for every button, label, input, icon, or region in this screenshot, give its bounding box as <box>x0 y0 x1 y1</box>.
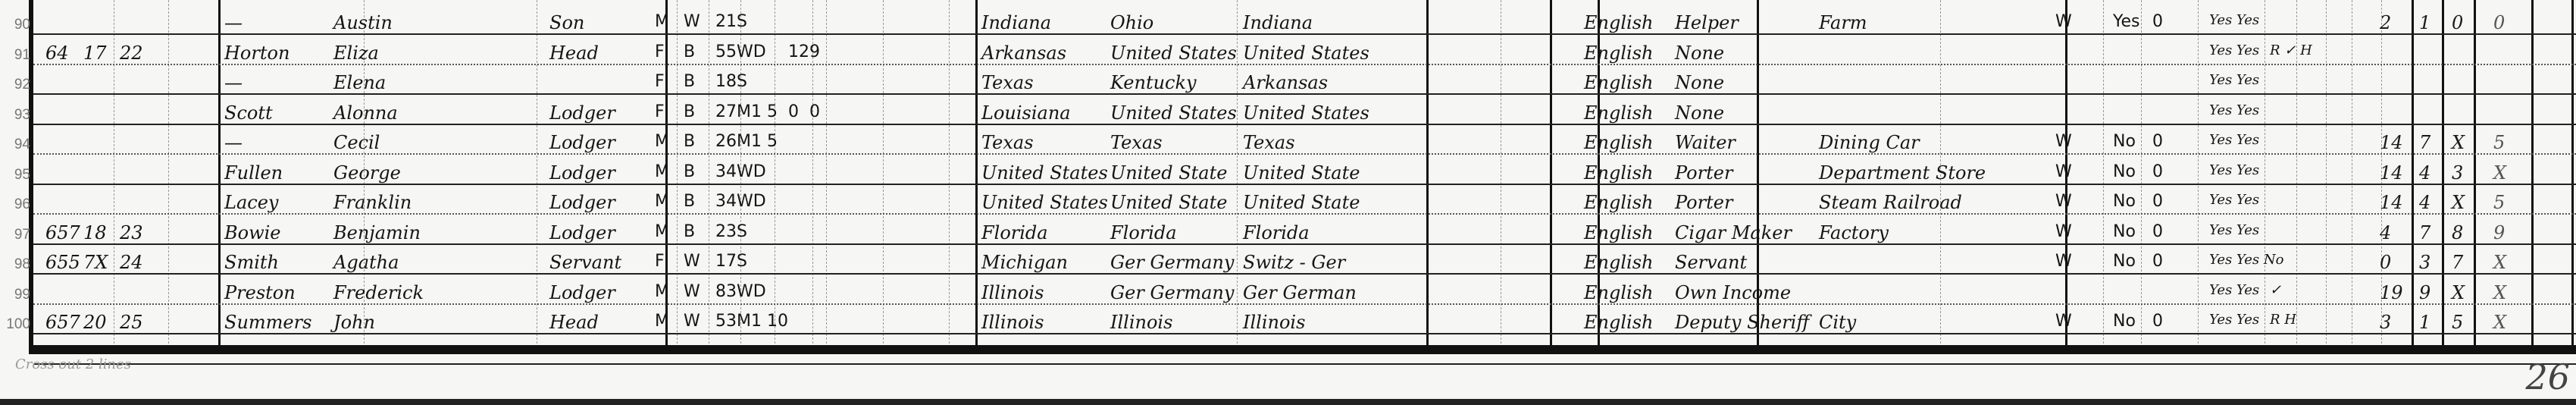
cell-relation: Lodger <box>549 104 615 122</box>
cell-birthplace: United States <box>981 164 1108 182</box>
cell-code-1: 4 <box>2419 193 2430 212</box>
cell-relation: Lodger <box>549 284 615 302</box>
column-divider <box>218 0 221 347</box>
column-divider <box>2141 0 2142 347</box>
cell-birthplace: Florida <box>981 224 1048 242</box>
column-divider <box>826 0 827 347</box>
cell-code-0: 14 <box>2380 164 2403 182</box>
cell-mother-birthplace: United States <box>1243 44 1369 62</box>
cell-industry: Steam Railroad <box>1819 193 1962 212</box>
cell-ss: No <box>2113 253 2136 270</box>
cell-occupation: Waiter <box>1675 133 1736 152</box>
cell-marital: WD <box>737 284 766 300</box>
cell-race: B <box>684 193 695 210</box>
cell-school: 0 <box>2152 224 2163 240</box>
cell-race: B <box>684 224 695 240</box>
cell-literacy: Yes Yes <box>2209 284 2259 297</box>
cell-visitation: 23 <box>120 224 143 242</box>
cell-sex: M <box>655 14 669 30</box>
cell-code-2: X <box>2452 284 2465 302</box>
cell-age: 83 <box>715 284 737 300</box>
column-divider <box>949 0 950 347</box>
cell-age: 18 <box>715 74 737 90</box>
cell-given-name: Cecil <box>333 133 380 152</box>
column-divider <box>2571 0 2574 347</box>
cell-age: 34 <box>715 193 737 210</box>
cell-code-3: X <box>2493 313 2506 331</box>
cell-code-3: X <box>2493 253 2506 272</box>
cell-school: 0 <box>2152 313 2163 330</box>
cell-school: 0 <box>2152 164 2163 181</box>
cell-code-3: 9 <box>2493 224 2505 242</box>
cell-code-0: 19 <box>2380 284 2403 302</box>
cell-mother-birthplace: Illinois <box>1243 313 1305 331</box>
cell-race: B <box>684 104 695 121</box>
cell-surname: Bowie <box>224 224 281 242</box>
cell-ss: No <box>2113 164 2136 181</box>
cell-language: English <box>1584 253 1653 272</box>
cell-literacy: Yes Yes <box>2209 164 2259 177</box>
cell-code-3: X <box>2493 164 2506 182</box>
line-number: 95 <box>0 167 30 184</box>
cell-relation: Head <box>549 313 599 331</box>
cell-code-0: 2 <box>2380 14 2391 32</box>
cell-family: 20 <box>83 313 107 331</box>
cell-sex: F <box>655 74 665 90</box>
cell-race: W <box>684 14 700 30</box>
cell-age: 34 <box>715 164 737 181</box>
cell-language: English <box>1584 224 1653 242</box>
cell-age: 26 <box>715 133 737 150</box>
cell-age-first-marriage: 12 <box>788 44 809 61</box>
cell-mother-birthplace: Ger German <box>1243 284 1357 302</box>
cell-father-birthplace: United State <box>1110 193 1227 212</box>
cell-code-0: 0 <box>2380 253 2391 272</box>
cell-mother-birthplace: Arkansas <box>1243 74 1328 92</box>
cell-occupation: None <box>1675 104 1724 122</box>
cell-mother-birthplace: Switz - Ger <box>1243 253 1345 272</box>
cell-father-birthplace: Kentucky <box>1110 74 1197 92</box>
cell-relation: Son <box>549 14 584 32</box>
cell-birthplace: Texas <box>981 133 1034 152</box>
cell-school: 0 <box>2152 133 2163 150</box>
cell-sex: M <box>655 224 669 240</box>
cell-mother-birthplace: Florida <box>1243 224 1310 242</box>
cell-code-1: 1 <box>2419 313 2430 331</box>
cell-birthplace: Illinois <box>981 313 1044 331</box>
cell-age: 27 <box>715 104 737 121</box>
cell-given-name: Frederick <box>333 284 424 302</box>
cell-father-birthplace: Ger Germany <box>1110 253 1234 272</box>
cell-marital: S <box>737 253 747 270</box>
cell-school: 0 <box>2152 193 2163 210</box>
cell-visitation: 24 <box>120 253 143 272</box>
cell-literacy: Yes Yes <box>2209 14 2259 27</box>
column-divider <box>677 0 678 347</box>
cell-age: 21 <box>715 14 737 30</box>
column-divider <box>975 0 978 347</box>
cell-farm: R H <box>2270 313 2296 327</box>
cell-literacy: Yes Yes <box>2209 224 2259 237</box>
cell-code-1: 9 <box>2419 284 2430 302</box>
cell-visitation: 22 <box>120 44 143 62</box>
line-number: 99 <box>0 287 30 303</box>
cell-father-birthplace: Illinois <box>1110 313 1172 331</box>
cell-dwelling: 64 <box>45 44 69 62</box>
cell-code-3: 5 <box>2493 193 2505 212</box>
bottom-rule <box>29 345 2576 354</box>
column-divider <box>2265 0 2265 347</box>
cell-sex: M <box>655 313 669 330</box>
cell-dwelling: 657 <box>45 224 80 242</box>
cell-occupation: Servant <box>1675 253 1747 272</box>
cell-sex: F <box>655 253 665 270</box>
cell-birthplace: Michigan <box>981 253 1068 272</box>
cell-family: 17 <box>83 44 107 62</box>
cell-marital: S <box>737 224 747 240</box>
row-divider <box>33 124 2576 125</box>
cell-class: W <box>2055 193 2072 210</box>
cell-code-2: 5 <box>2452 313 2463 331</box>
cell-ss: Yes <box>2113 14 2140 30</box>
cell-father-birthplace: United States <box>1110 104 1237 122</box>
margin-note: Cross out 2 lines <box>15 356 131 372</box>
cell-dwelling: 655 <box>45 253 80 272</box>
column-divider <box>709 0 709 347</box>
cell-surname: — <box>224 133 243 152</box>
cell-code-1: 7 <box>2419 133 2430 152</box>
row-divider <box>33 273 2576 275</box>
cell-relation: Lodger <box>549 224 615 242</box>
cell-surname: Smith <box>224 253 279 272</box>
cell-age-first-marriage: 0 <box>788 104 799 121</box>
cell-marital: S <box>737 74 747 90</box>
line-number: 98 <box>0 256 30 273</box>
cell-age: 17 <box>715 253 737 270</box>
cell-code-2: 8 <box>2452 224 2463 242</box>
cell-mother-birthplace: United States <box>1243 104 1369 122</box>
cell-code-2: 7 <box>2452 253 2463 272</box>
cell-code-1: 4 <box>2419 164 2430 182</box>
cell-marital: S <box>737 14 747 30</box>
cell-birthplace: Texas <box>981 74 1034 92</box>
row-divider <box>33 363 2576 365</box>
cell-occupation: Porter <box>1675 193 1732 212</box>
row-divider <box>33 303 2576 305</box>
cell-given-name: George <box>333 164 401 182</box>
column-divider <box>883 0 884 347</box>
cell-occupation: Cigar Maker <box>1675 224 1792 242</box>
cell-marital: WD <box>737 44 766 61</box>
cell-code-1: 3 <box>2419 253 2430 272</box>
cell-code-0: 3 <box>2380 313 2391 331</box>
cell-code-2: 3 <box>2452 164 2463 182</box>
cell-mother-birthplace: United State <box>1243 164 1360 182</box>
cell-literacy: Yes Yes <box>2209 44 2259 58</box>
cell-literacy: Yes Yes <box>2209 313 2259 327</box>
cell-occupation: None <box>1675 44 1724 62</box>
cell-code-3: X <box>2493 284 2506 302</box>
row-divider <box>33 184 2576 185</box>
cell-language: English <box>1584 44 1653 62</box>
cell-father-birthplace: Ohio <box>1110 14 1153 32</box>
column-divider <box>2531 0 2534 347</box>
row-divider <box>33 64 2576 65</box>
cell-surname: — <box>224 74 243 92</box>
cell-relation: Lodger <box>549 133 615 152</box>
cell-sex: F <box>655 104 665 121</box>
cell-father-birthplace: Florida <box>1110 224 1177 242</box>
cell-birthplace: Indiana <box>981 14 1051 32</box>
cell-class: W <box>2055 313 2072 330</box>
cell-birthplace: Louisiana <box>981 104 1071 122</box>
column-divider <box>2352 0 2352 347</box>
cell-father-birthplace: United State <box>1110 164 1227 182</box>
row-divider <box>33 333 2576 334</box>
cell-occupation: None <box>1675 74 1724 92</box>
cell-given-name: Alonna <box>333 104 398 122</box>
cell-marital: WD <box>737 193 766 210</box>
cell-family: 7X <box>83 253 108 272</box>
cell-marital: WD <box>737 164 766 181</box>
line-number: 92 <box>0 77 30 93</box>
cell-code-1: 1 <box>2419 14 2430 32</box>
cell-age: 23 <box>715 224 737 240</box>
cell-industry: Farm <box>1819 14 1867 32</box>
column-divider <box>537 0 537 347</box>
cell-code-2: X <box>2452 133 2465 152</box>
cell-given-name: Austin <box>333 14 393 32</box>
cell-father-birthplace: United States <box>1110 44 1237 62</box>
cell-code-2: X <box>2452 193 2465 212</box>
cell-age: 53 <box>715 313 737 330</box>
cell-race: B <box>684 164 695 181</box>
cell-ss: No <box>2113 224 2136 240</box>
cell-father-birthplace: Texas <box>1110 133 1163 152</box>
cell-relation: Servant <box>549 253 621 272</box>
cell-code-2: 0 <box>2452 14 2463 32</box>
cell-code-1: 7 <box>2419 224 2430 242</box>
row-divider <box>33 213 2576 215</box>
cell-race: B <box>684 74 695 90</box>
row-divider <box>33 93 2576 95</box>
cell-birthplace: United States <box>981 193 1108 212</box>
cell-literacy: Yes Yes No <box>2209 253 2283 267</box>
line-number: 91 <box>0 47 30 64</box>
column-divider <box>2103 0 2104 347</box>
cell-industry: Dining Car <box>1819 133 1920 152</box>
cell-literacy: Yes Yes <box>2209 74 2259 87</box>
cell-literacy: Yes Yes <box>2209 193 2259 207</box>
cell-relation: Lodger <box>549 164 615 182</box>
cell-surname: Preston <box>224 284 296 302</box>
column-divider <box>114 0 114 347</box>
cell-code-0: 4 <box>2380 224 2391 242</box>
cell-given-name: Elena <box>333 74 386 92</box>
cell-school: 0 <box>2152 253 2163 270</box>
cell-family: 18 <box>83 224 107 242</box>
cell-class: W <box>2055 14 2072 30</box>
cell-sex: M <box>655 164 669 181</box>
cell-race: W <box>684 313 700 330</box>
cell-given-name: Eliza <box>333 44 379 62</box>
row-divider <box>33 153 2576 155</box>
cell-language: English <box>1584 104 1653 122</box>
sheet-number: 26 <box>2525 356 2570 397</box>
cell-code-0: 14 <box>2380 133 2403 152</box>
cell-mother-birthplace: United State <box>1243 193 1360 212</box>
column-divider <box>1501 0 1501 347</box>
cell-industry: City <box>1819 313 1856 331</box>
cell-given-name: Franklin <box>333 193 412 212</box>
cell-age: 55 <box>715 44 737 61</box>
cell-given-name: Benjamin <box>333 224 421 242</box>
cell-code-0: 14 <box>2380 193 2403 212</box>
cell-class: W <box>2055 253 2072 270</box>
row-divider <box>33 243 2576 245</box>
cell-language: English <box>1584 284 1653 302</box>
cell-occupation: Own Income <box>1675 284 1791 302</box>
cell-occupation: Porter <box>1675 164 1732 182</box>
line-number: 93 <box>0 107 30 124</box>
cell-sex: M <box>655 193 669 210</box>
cell-literacy: Yes Yes <box>2209 133 2259 147</box>
line-number: 100 <box>0 316 30 333</box>
cell-relation: Head <box>549 44 599 62</box>
cell-school: 0 <box>2152 14 2163 30</box>
cell-surname: Summers <box>224 313 311 331</box>
cell-birthplace: Arkansas <box>981 44 1066 62</box>
column-divider <box>1237 0 1238 347</box>
cell-class: W <box>2055 164 2072 181</box>
cell-children: 9 <box>809 44 820 61</box>
cell-language: English <box>1584 74 1653 92</box>
cell-surname: Lacey <box>224 193 278 212</box>
cell-mother-birthplace: Indiana <box>1243 14 1313 32</box>
line-number: 96 <box>0 196 30 213</box>
cell-farm: R ✓ H <box>2270 44 2312 58</box>
cell-language: English <box>1584 133 1653 152</box>
cell-sex: F <box>655 44 665 61</box>
cell-class: W <box>2055 133 2072 150</box>
column-divider <box>168 0 169 347</box>
cell-dwelling: 657 <box>45 313 80 331</box>
cell-surname: — <box>224 14 243 32</box>
cell-surname: Fullen <box>224 164 283 182</box>
cell-farm: ✓ <box>2270 284 2281 297</box>
row-divider <box>33 33 2576 35</box>
cell-children: 0 <box>809 104 820 121</box>
line-number: 90 <box>0 17 30 33</box>
cell-occupation: Helper <box>1675 14 1739 32</box>
cell-industry: Department Store <box>1819 164 1986 182</box>
cell-race: B <box>684 133 695 150</box>
cell-literacy: Yes Yes <box>2209 104 2259 118</box>
cell-birthplace: Illinois <box>981 284 1044 302</box>
cell-race: B <box>684 44 695 61</box>
cell-race: W <box>684 253 700 270</box>
cell-given-name: John <box>333 313 375 331</box>
line-number: 97 <box>0 227 30 243</box>
page-edge <box>0 399 2576 405</box>
column-divider <box>1426 0 1429 347</box>
cell-given-name: Agatha <box>333 253 399 272</box>
cell-language: English <box>1584 164 1653 182</box>
cell-ss: No <box>2113 193 2136 210</box>
cell-surname: Scott <box>224 104 273 122</box>
cell-industry: Factory <box>1819 224 1889 242</box>
cell-ss: No <box>2113 133 2136 150</box>
cell-surname: Horton <box>224 44 290 62</box>
cell-father-birthplace: Ger Germany <box>1110 284 1234 302</box>
cell-class: W <box>2055 224 2072 240</box>
cell-visitation: 25 <box>120 313 143 331</box>
cell-language: English <box>1584 14 1653 32</box>
cell-race: W <box>684 284 700 300</box>
column-divider <box>2474 0 2476 347</box>
column-divider <box>1550 0 1552 347</box>
column-divider <box>2198 0 2199 347</box>
line-number: 94 <box>0 137 30 153</box>
census-sheet: 90—AustinSonMW21SIndianaOhioIndianaEngli… <box>0 0 2576 405</box>
cell-mother-birthplace: Texas <box>1243 133 1295 152</box>
column-divider <box>2326 0 2327 347</box>
column-divider <box>2442 0 2444 347</box>
cell-relation: Lodger <box>549 193 615 212</box>
cell-sex: M <box>655 133 669 150</box>
cell-occupation: Deputy Sheriff <box>1675 313 1809 331</box>
cell-marital: M1 5 <box>737 133 778 150</box>
cell-sex: M <box>655 284 669 300</box>
cell-ss: No <box>2113 313 2136 330</box>
cell-code-3: 0 <box>2493 14 2505 32</box>
column-divider <box>2412 0 2414 347</box>
cell-language: English <box>1584 193 1653 212</box>
cell-marital: M1 5 <box>737 104 778 121</box>
cell-language: English <box>1584 313 1653 331</box>
cell-code-3: 5 <box>2493 133 2505 152</box>
cell-marital: M1 10 <box>737 313 788 330</box>
column-divider <box>775 0 775 347</box>
